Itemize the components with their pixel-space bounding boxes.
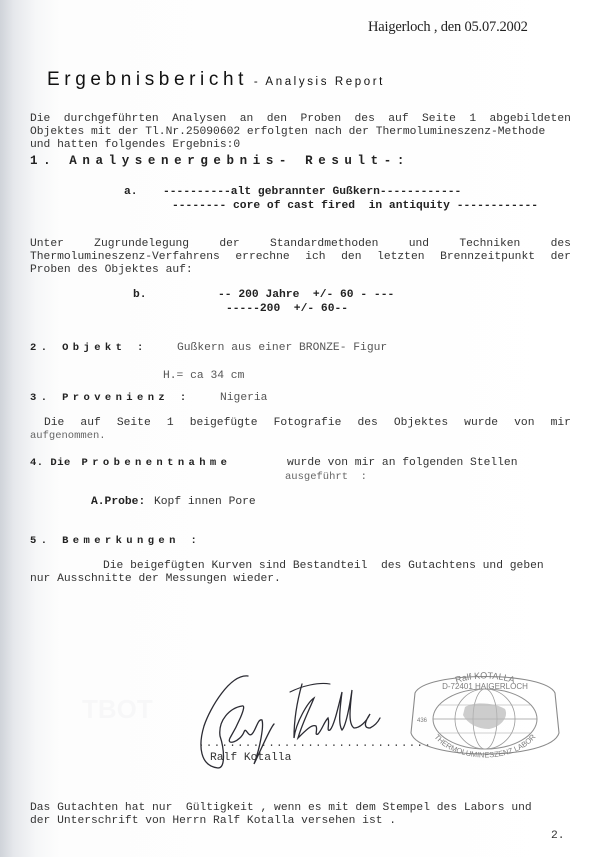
- word: auf: [80, 417, 100, 429]
- stamp-address: D-72401 HAIGERLOCH: [442, 682, 528, 691]
- section-3-heading: 3. Provenienz :: [30, 392, 191, 404]
- explanation-line-3: Proben des Objektes auf:: [30, 264, 193, 277]
- word: durchgeführten: [64, 113, 159, 125]
- word: Thermolumineszenz-Verfahrens: [30, 251, 220, 263]
- title-sub: Analysis Report: [265, 76, 385, 88]
- result-german: ----------alt gebrannter Gußkern--------…: [163, 186, 461, 198]
- lab-stamp: Ralf KOTALLA D-72401 HAIGERLOCH 436 THER…: [405, 663, 565, 773]
- word: errechne: [235, 251, 289, 263]
- dating-english: -----200 +/- 60--: [226, 303, 348, 315]
- word: Proben: [300, 113, 341, 125]
- word: der: [219, 238, 239, 250]
- word: Brennzeitpunkt: [440, 251, 535, 263]
- word: und: [409, 238, 429, 250]
- photo-note-line-1: DieaufSeite1beigefügteFotografiedesObjek…: [44, 417, 571, 429]
- sample-value: Kopf innen Pore: [154, 496, 256, 509]
- place-date: Haigerloch , den 05.07.2002: [368, 19, 528, 36]
- word: Die: [30, 113, 50, 125]
- remarks-line-2: nur Ausschnitte der Messungen wieder.: [30, 573, 281, 586]
- explanation-line-2: Thermolumineszenz-Verfahrenserrechneichd…: [30, 251, 571, 263]
- word: abgebildeten: [490, 113, 571, 125]
- sampling-text-1: wurde von mir an folgenden Stellen: [287, 457, 518, 470]
- result-label: a.: [124, 186, 138, 198]
- result-english: -------- core of cast fired in antiquity…: [172, 200, 538, 212]
- section-4-heading: 4. Die Probenentnahme: [30, 457, 231, 469]
- dating-label: b.: [133, 289, 147, 301]
- object-height: H.= ca 34 cm: [163, 370, 244, 383]
- word: Standardmethoden: [270, 238, 378, 250]
- word: 1: [469, 113, 476, 125]
- word: an: [240, 113, 254, 125]
- svg-text:TBOT: TBOT: [82, 694, 153, 724]
- word: Objektes: [394, 417, 448, 429]
- photo-note-line-2: aufgenommen.: [30, 430, 106, 443]
- provenance-value: Nigeria: [220, 392, 267, 405]
- word: Techniken: [459, 238, 520, 250]
- page-title: Ergebnisbericht - Analysis Report: [47, 69, 385, 91]
- word: von: [514, 417, 534, 429]
- word: des: [355, 113, 375, 125]
- signer-name: Ralf Kotalla: [210, 752, 291, 765]
- word: letzten: [377, 251, 424, 263]
- word: mir: [551, 417, 571, 429]
- section-5-heading: 5. Bemerkungen :: [30, 535, 201, 547]
- word: Unter: [30, 238, 64, 250]
- word: der: [551, 251, 571, 263]
- validity-line-1: Das Gutachten hat nur Gültigkeit , wenn …: [30, 802, 532, 815]
- section-1-heading: 1. Analysenergebnis- Result-:: [30, 154, 410, 168]
- word: ich: [305, 251, 325, 263]
- dating-german: -- 200 Jahre +/- 60 - ---: [218, 289, 394, 301]
- remarks-line-1: Die beigefügten Kurven sind Bestandteil …: [103, 560, 544, 573]
- document-page: Haigerloch , den 05.07.2002 Ergebnisberi…: [0, 0, 600, 857]
- word: Zugrundelegung: [94, 238, 189, 250]
- word: Seite: [117, 417, 151, 429]
- title-separator: -: [248, 76, 265, 88]
- word: Seite: [422, 113, 456, 125]
- word: auf: [388, 113, 408, 125]
- object-value: Gußkern aus einer BRONZE- Figur: [177, 342, 387, 355]
- page-number: 2.: [551, 830, 565, 843]
- word: beigefügte: [190, 417, 258, 429]
- bleed-through-mark: TBOT: [82, 690, 162, 730]
- section-4-title: Probenentnahme: [82, 457, 232, 469]
- word: des: [551, 238, 571, 250]
- title-main: Ergebnisbericht: [47, 69, 248, 90]
- signature-dotted-line: ..............................: [198, 738, 432, 750]
- section-2-heading: 2. Objekt :: [30, 342, 148, 354]
- stamp-side-number: 436: [417, 718, 428, 724]
- sample-label: A.Probe:: [91, 496, 145, 508]
- explanation-line-1: UnterZugrundelegungderStandardmethodenun…: [30, 238, 571, 250]
- word: den: [341, 251, 361, 263]
- word: den: [267, 113, 287, 125]
- sampling-text-2: ausgeführt :: [285, 471, 367, 484]
- word: Analysen: [172, 113, 226, 125]
- validity-line-2: der Unterschrift von Herrn Ralf Kotalla …: [30, 815, 396, 828]
- intro-line-1: DiedurchgeführtenAnalysenandenProbendesa…: [30, 113, 571, 125]
- word: Fotografie: [274, 417, 342, 429]
- word: wurde: [464, 417, 498, 429]
- stamp-bottom-text: THERMOLUMINESZENZ LABOR: [433, 732, 538, 760]
- intro-line-3: und hatten folgendes Ergebnis:0: [30, 139, 240, 152]
- word: des: [357, 417, 377, 429]
- intro-line-2: Objektes mit der Tl.Nr.25090602 erfolgte…: [30, 126, 545, 139]
- word: 1: [167, 417, 174, 429]
- section-4-prefix: 4. Die: [30, 457, 71, 469]
- word: Die: [44, 417, 64, 429]
